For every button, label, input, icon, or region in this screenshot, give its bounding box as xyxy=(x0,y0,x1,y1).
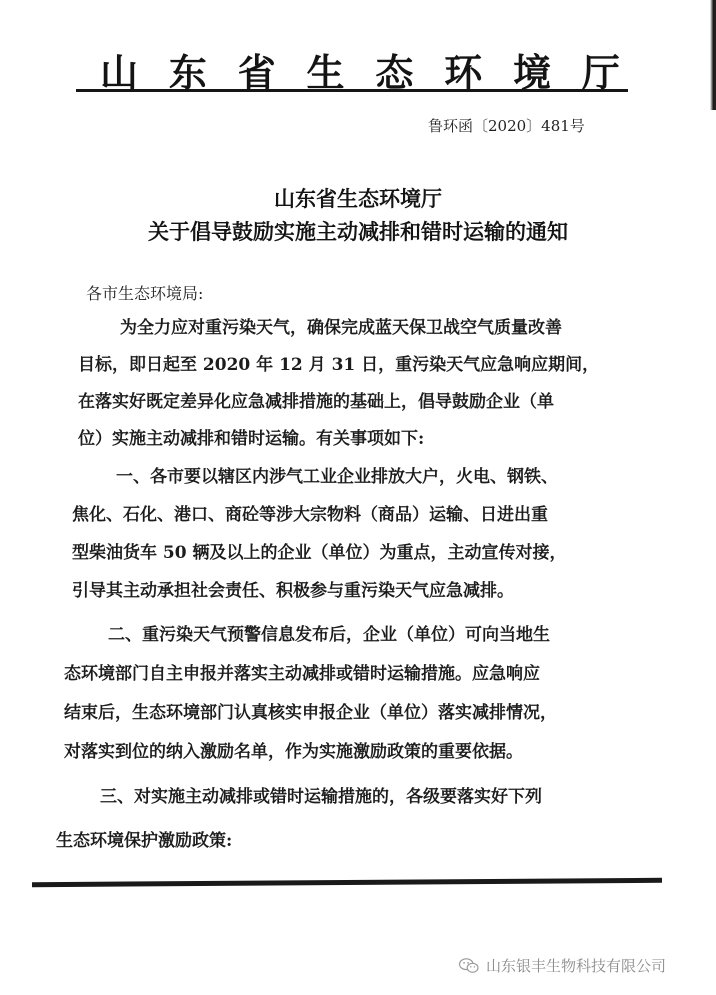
page-edge-shadow xyxy=(710,0,716,110)
body-line: 焦化、石化、港口、商砼等涉大宗物料（商品）运输、日进出重 xyxy=(72,500,548,525)
body-line: 生态环境保护激励政策: xyxy=(56,826,232,851)
body-line: 位）实施主动减排和错时运输。有关事项如下: xyxy=(78,424,424,449)
watermark-text: 山东银丰生物科技有限公司 xyxy=(486,955,666,976)
salutation: 各市生态环境局: xyxy=(86,281,203,304)
body-line: 在落实好既定差异化应急减排措施的基础上，倡导鼓励企业（单 xyxy=(78,387,554,412)
body-line: 结束后，生态环境部门认真核实申报企业（单位）落实减排情况， xyxy=(64,698,557,723)
body-line: 为全力应对重污染天气，确保完成蓝天保卫战空气质量改善 xyxy=(120,313,562,338)
body-line: 态环境部门自主申报并落实主动减排或错时运输措施。应急响应 xyxy=(64,659,540,684)
watermark: 山东银丰生物科技有限公司 xyxy=(458,955,666,976)
body-line: 三、对实施主动减排或错时运输措施的，各级要落实好下列 xyxy=(100,782,542,807)
document-number: 鲁环函〔2020〕481号 xyxy=(428,115,585,136)
title-line-2: 关于倡导鼓励实施主动减排和错时运输的通知 xyxy=(0,216,716,246)
body-line: 引导其主动承担社会责任、积极参与重污染天气应急减排。 xyxy=(72,576,514,601)
wechat-icon xyxy=(458,957,480,975)
title-line-1: 山东省生态环境厅 xyxy=(0,183,716,213)
body-line: 目标，即日起至 2020 年 12 月 31 日，重污染天气应急响应期间， xyxy=(78,350,599,375)
body-line: 型柴油货车 50 辆及以上的企业（单位）为重点，主动宣传对接， xyxy=(72,538,567,563)
body-line: 一、各市要以辖区内涉气工业企业排放大户，火电、钢铁、 xyxy=(116,462,558,487)
header-divider xyxy=(76,89,628,92)
footer-divider xyxy=(32,878,662,887)
body-line: 二、重污染天气预警信息发布后，企业（单位）可向当地生 xyxy=(108,620,550,645)
body-line: 对落实到位的纳入激励名单，作为实施激励政策的重要依据。 xyxy=(64,737,523,762)
